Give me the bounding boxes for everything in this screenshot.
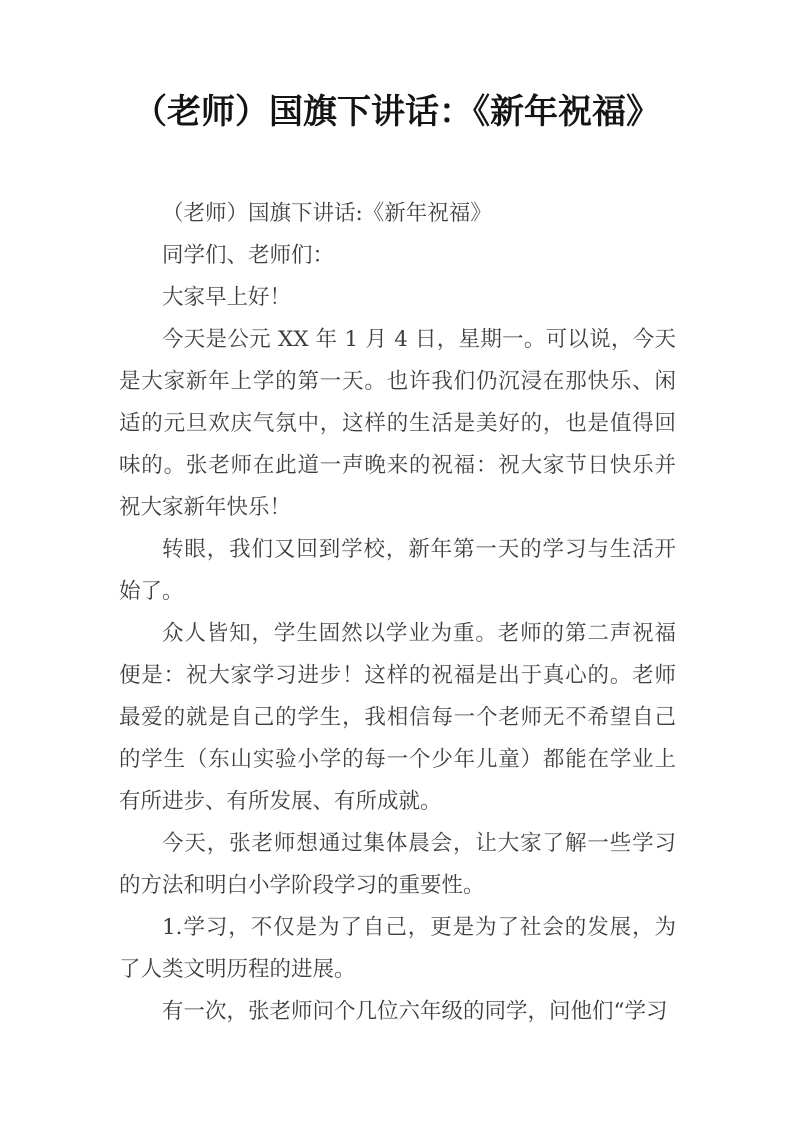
paragraph: 同学们、老师们：	[119, 235, 676, 277]
paragraph: 今天，张老师想通过集体晨会，让大家了解一些学习的方法和明白小学阶段学习的重要性。	[119, 823, 676, 907]
document-page: （老师）国旗下讲话：《新年祝福》 （老师）国旗下讲话:《新年祝福》同学们、老师们…	[0, 0, 793, 1122]
paragraph: 转眼，我们又回到学校，新年第一天的学习与生活开始了。	[119, 529, 676, 613]
paragraph: 众人皆知，学生固然以学业为重。老师的第二声祝福便是：祝大家学习进步！这样的祝福是…	[119, 613, 676, 823]
paragraph: 大家早上好！	[119, 277, 676, 319]
document-body: （老师）国旗下讲话:《新年祝福》同学们、老师们：大家早上好！今天是公元 XX 年…	[119, 193, 676, 1033]
paragraph: （老师）国旗下讲话:《新年祝福》	[119, 193, 676, 235]
paragraph: 今天是公元 XX 年 1 月 4 日，星期一。可以说，今天是大家新年上学的第一天…	[119, 319, 676, 529]
paragraph: 1.学习，不仅是为了自己，更是为了社会的发展，为了人类文明历程的进展。	[119, 907, 676, 991]
document-title: （老师）国旗下讲话：《新年祝福》	[0, 0, 793, 136]
paragraph: 有一次，张老师问个几位六年级的同学，问他们“学习	[119, 991, 676, 1033]
